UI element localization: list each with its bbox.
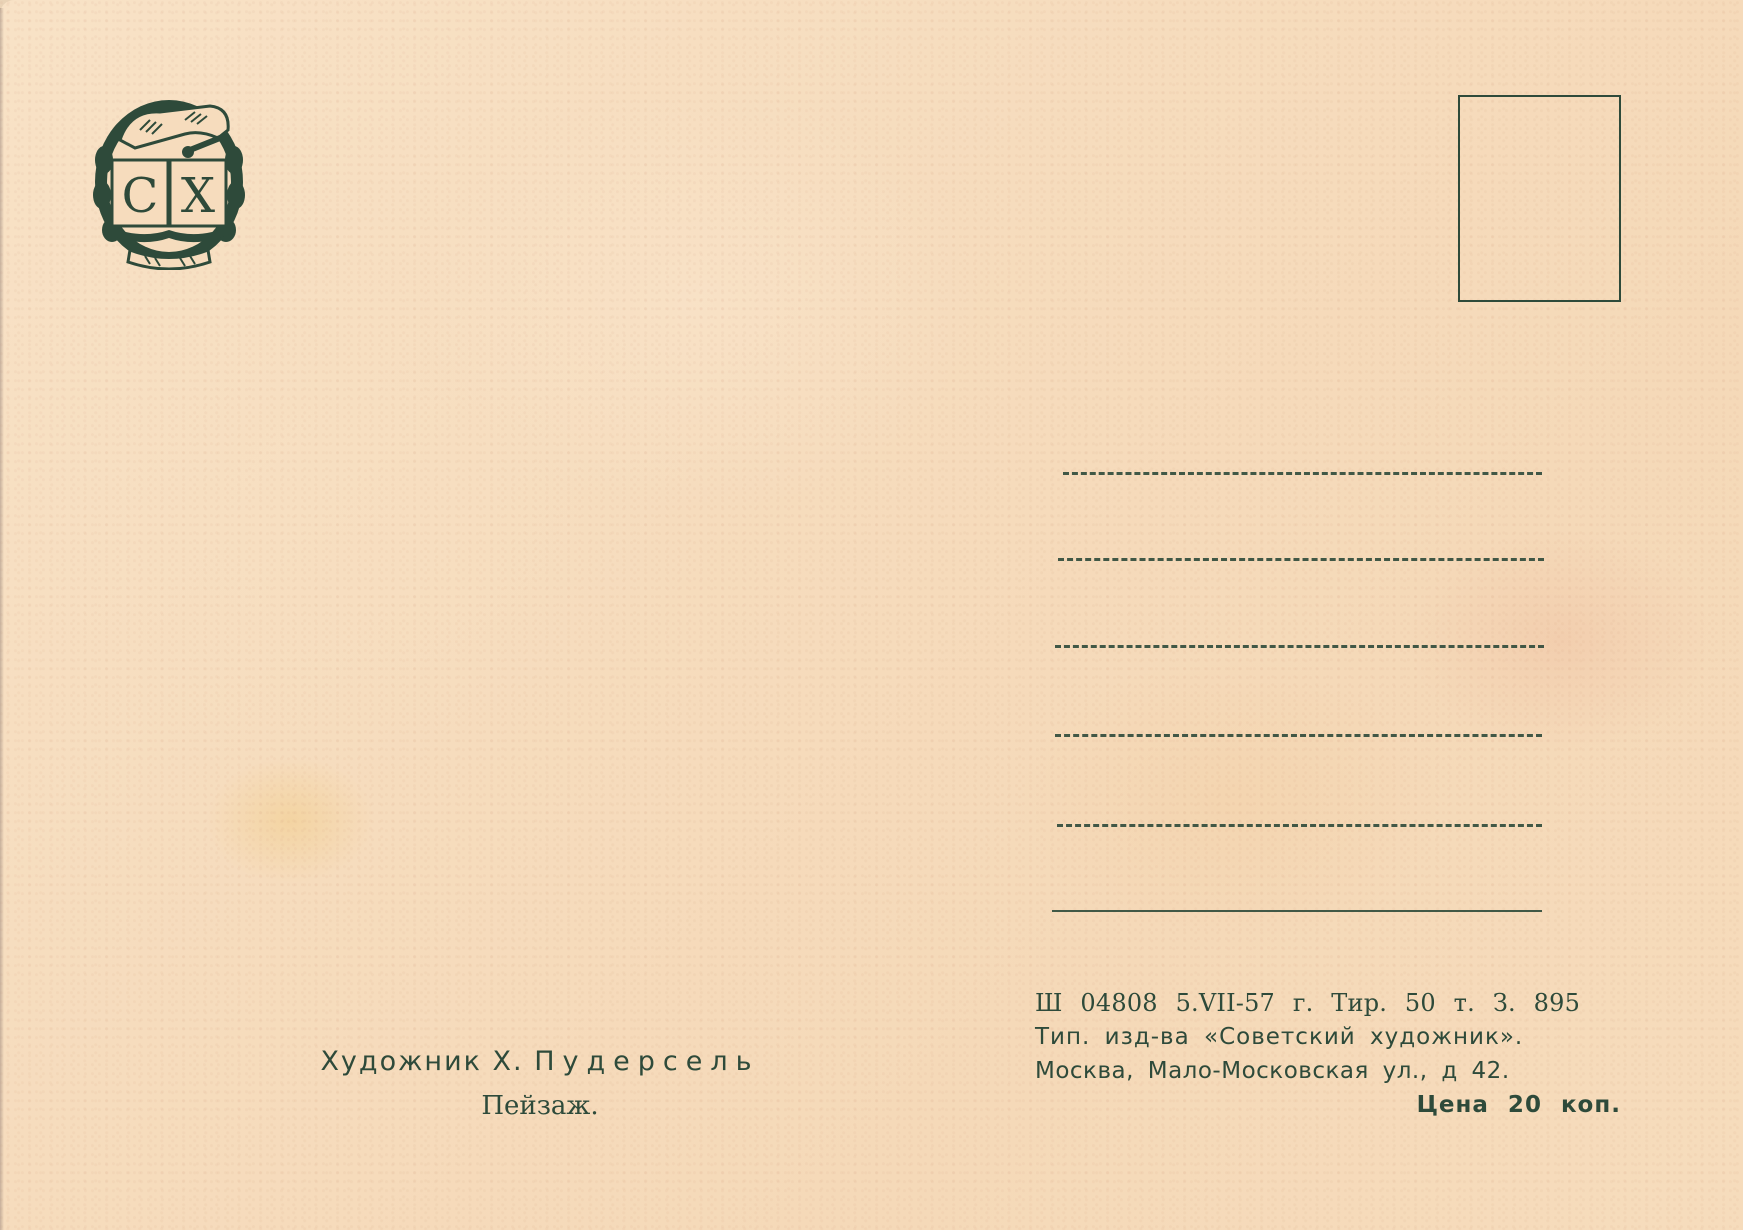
svg-text:Х: Х [181, 168, 215, 224]
artwork-title: Пейзаж. [250, 1084, 830, 1128]
address-line-6 [1052, 910, 1542, 912]
address-line-3 [1055, 645, 1544, 648]
imprint-order-line: Ш 04808 5.VII-57 г. Тир. 50 т. З. 895 [1035, 986, 1625, 1020]
publisher-logo: С Х [90, 90, 248, 270]
address-line-1 [1063, 472, 1542, 475]
publisher-imprint: Ш 04808 5.VII-57 г. Тир. 50 т. З. 895 Ти… [1035, 986, 1625, 1122]
paper-edge [0, 8, 4, 1230]
artwork-credit: Художник Х. Пудерсель Пейзаж. [250, 1040, 830, 1128]
artist-prefix: Художник [320, 1046, 482, 1077]
svg-text:С: С [122, 168, 159, 224]
imprint-address-line: Москва, Мало-Московская ул., д 42. [1035, 1054, 1625, 1088]
imprint-printer-line: Тип. изд-ва «Советский художник». [1035, 1020, 1625, 1054]
sovetsky-khudozhnik-emblem-icon: С Х [90, 90, 248, 270]
address-line-4 [1055, 734, 1542, 737]
stamp-box [1458, 95, 1621, 302]
postcard-back: С Х Художник Х. Пудерсель Пейзаж. Ш 0480 [0, 0, 1743, 1230]
artist-initial: Х. [493, 1046, 524, 1077]
artist-line: Художник Х. Пудерсель [250, 1040, 830, 1084]
address-line-5 [1057, 824, 1542, 827]
price-label: Цена 20 коп. [1035, 1088, 1625, 1122]
artist-surname: Пудерсель [534, 1046, 759, 1077]
address-line-2 [1058, 558, 1544, 561]
